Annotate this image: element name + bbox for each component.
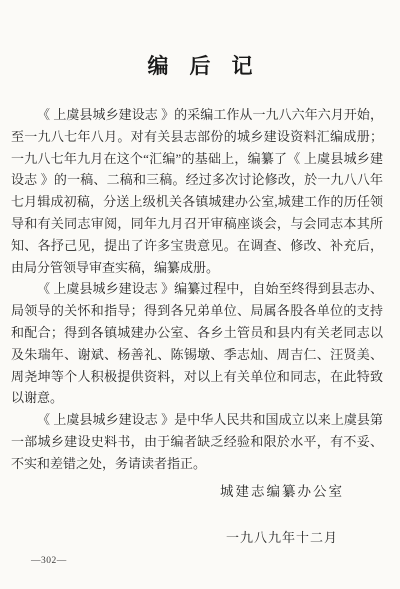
signature-date: 一九八九年十二月	[162, 527, 400, 546]
colophon: 城建志编纂办公室 一九八九年十二月	[162, 480, 400, 546]
book-page: 编 后 记 《 上虞县城乡建设志 》的采编工作从一九八六年六月开始，至一九八七年…	[0, 0, 400, 589]
page-title: 编 后 记	[0, 0, 400, 80]
paragraph-1: 《 上虞县城乡建设志 》的采编工作从一九八六年六月开始，至一九八七年八月。对有关…	[11, 104, 383, 278]
page-number: —302—	[31, 556, 67, 566]
afterword-body: 《 上虞县城乡建设志 》的采编工作从一九八六年六月开始，至一九八七年八月。对有关…	[0, 104, 400, 475]
signature-office: 城建志编纂办公室	[162, 480, 400, 500]
paragraph-2: 《 上虞县城乡建设志 》编纂过程中，自始至终得到县志办、局领导的关怀和指导；得到…	[11, 278, 383, 409]
paragraph-3: 《 上虞县城乡建设志 》是中华人民共和国成立以来上虞县第一部城乡建设史料书，由于…	[11, 409, 383, 474]
